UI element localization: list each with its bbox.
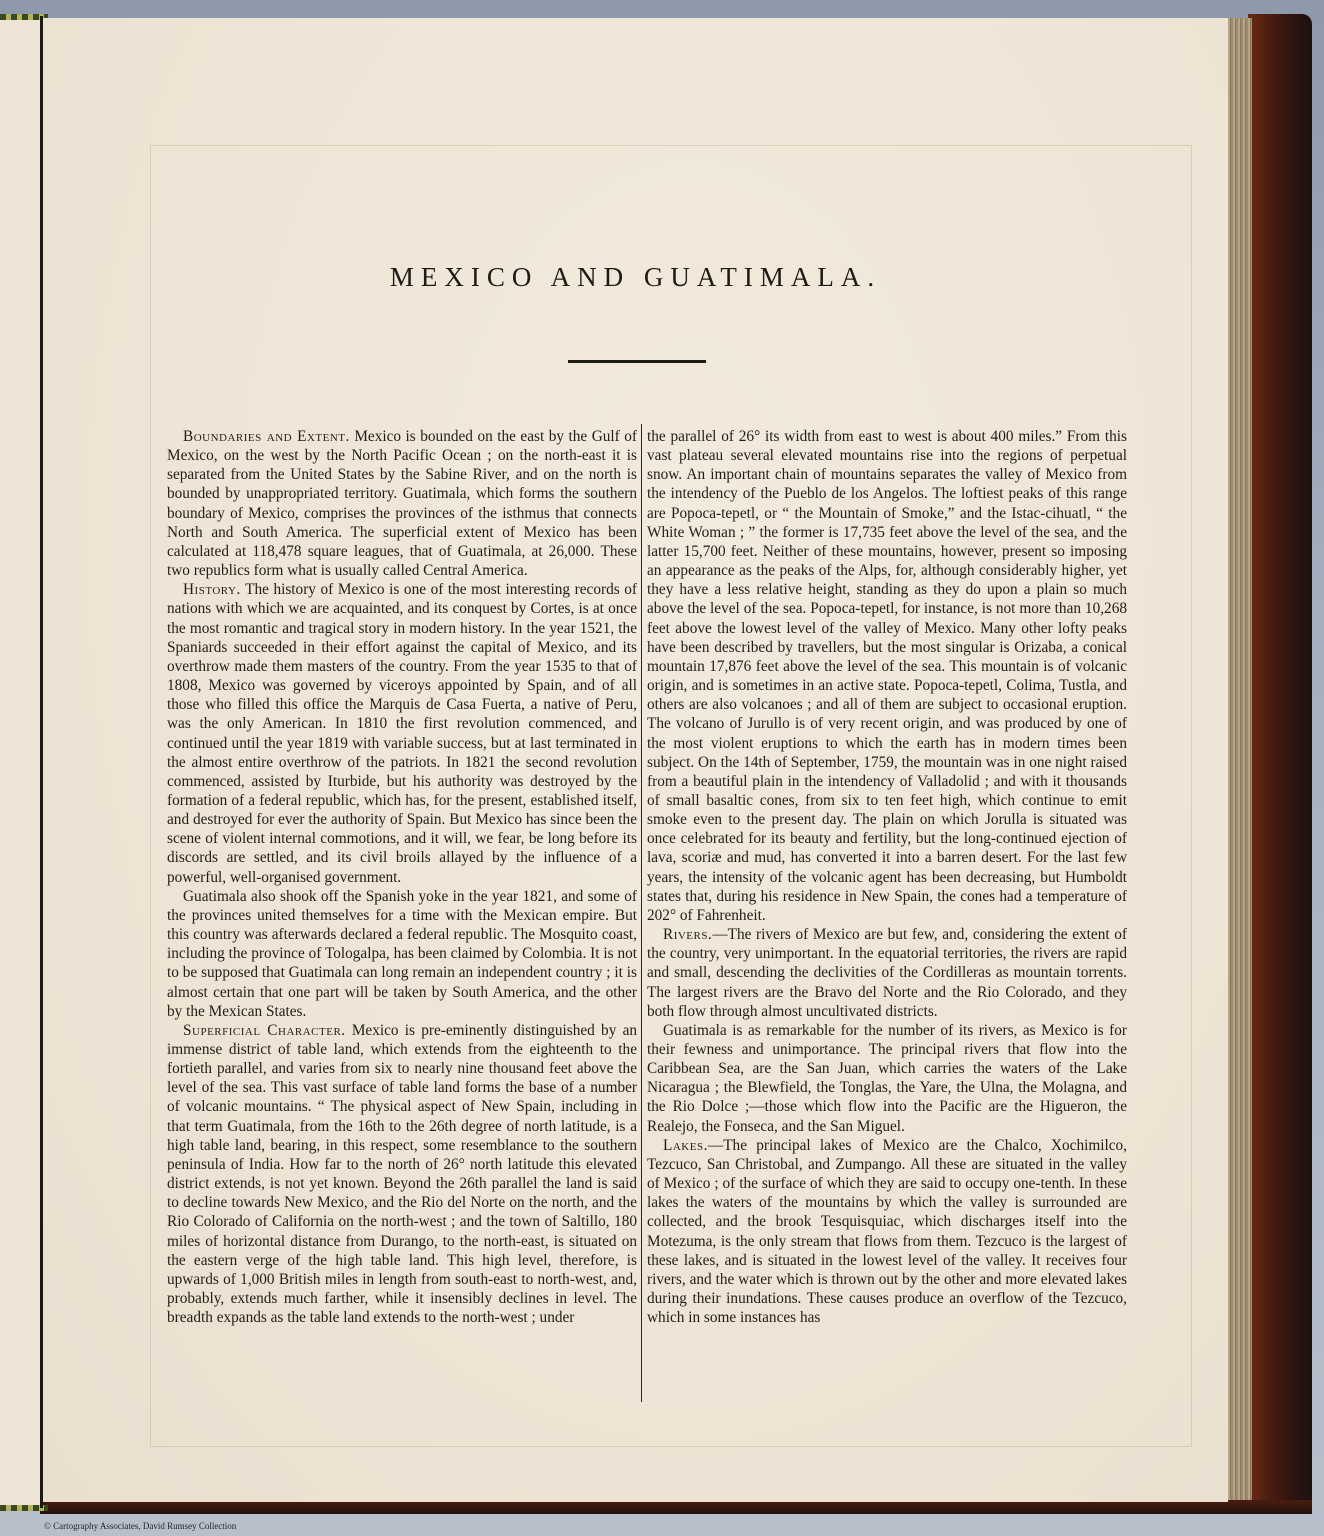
section-heading: Boundaries and Extent.: [183, 428, 350, 445]
section-heading: History.: [183, 581, 241, 598]
section-rivers: Rivers.—The rivers of Mexico are but few…: [647, 925, 1127, 1021]
paragraph-text: Mexico is bounded on the east by the Gul…: [167, 428, 637, 579]
facing-page-edge: [0, 16, 42, 1508]
title-rule: [568, 360, 706, 363]
paragraph-text: —The rivers of Mexico are but few, and, …: [647, 926, 1127, 1020]
paragraph-continued: the parallel of 26° its width from east …: [647, 427, 1127, 925]
paragraph-text: Mexico is pre-eminently distinguished by…: [167, 1022, 637, 1326]
section-heading: Lakes.: [663, 1137, 708, 1154]
book-cover-bottom: [40, 1500, 1312, 1514]
copyright-credit: © Cartography Associates, David Rumsey C…: [44, 1521, 236, 1531]
page-title: MEXICO AND GUATIMALA.: [43, 262, 1228, 293]
paragraph-text: —The principal lakes of Mexico are the C…: [647, 1137, 1127, 1326]
section-heading: Rivers.: [663, 926, 712, 943]
section-history: History. The history of Mexico is one of…: [167, 580, 637, 887]
book-page: MEXICO AND GUATIMALA. Boundaries and Ext…: [43, 18, 1228, 1502]
right-column: the parallel of 26° its width from east …: [647, 427, 1127, 1327]
section-boundaries: Boundaries and Extent. Mexico is bounded…: [167, 427, 637, 580]
page-edges: [1226, 18, 1252, 1500]
section-superficial-character: Superficial Character. Mexico is pre-emi…: [167, 1021, 637, 1328]
left-column: Boundaries and Extent. Mexico is bounded…: [167, 427, 637, 1327]
paragraph-guatimala-rivers: Guatimala is as remarkable for the numbe…: [647, 1021, 1127, 1136]
section-lakes: Lakes.—The principal lakes of Mexico are…: [647, 1136, 1127, 1328]
paragraph-text: The history of Mexico is one of the most…: [167, 581, 637, 885]
paragraph-guatimala: Guatimala also shook off the Spanish yok…: [167, 887, 637, 1021]
book-cover-right: [1248, 14, 1312, 1514]
section-heading: Superficial Character.: [183, 1022, 346, 1039]
book-gutter: [40, 16, 43, 1508]
column-divider: [641, 424, 642, 1402]
